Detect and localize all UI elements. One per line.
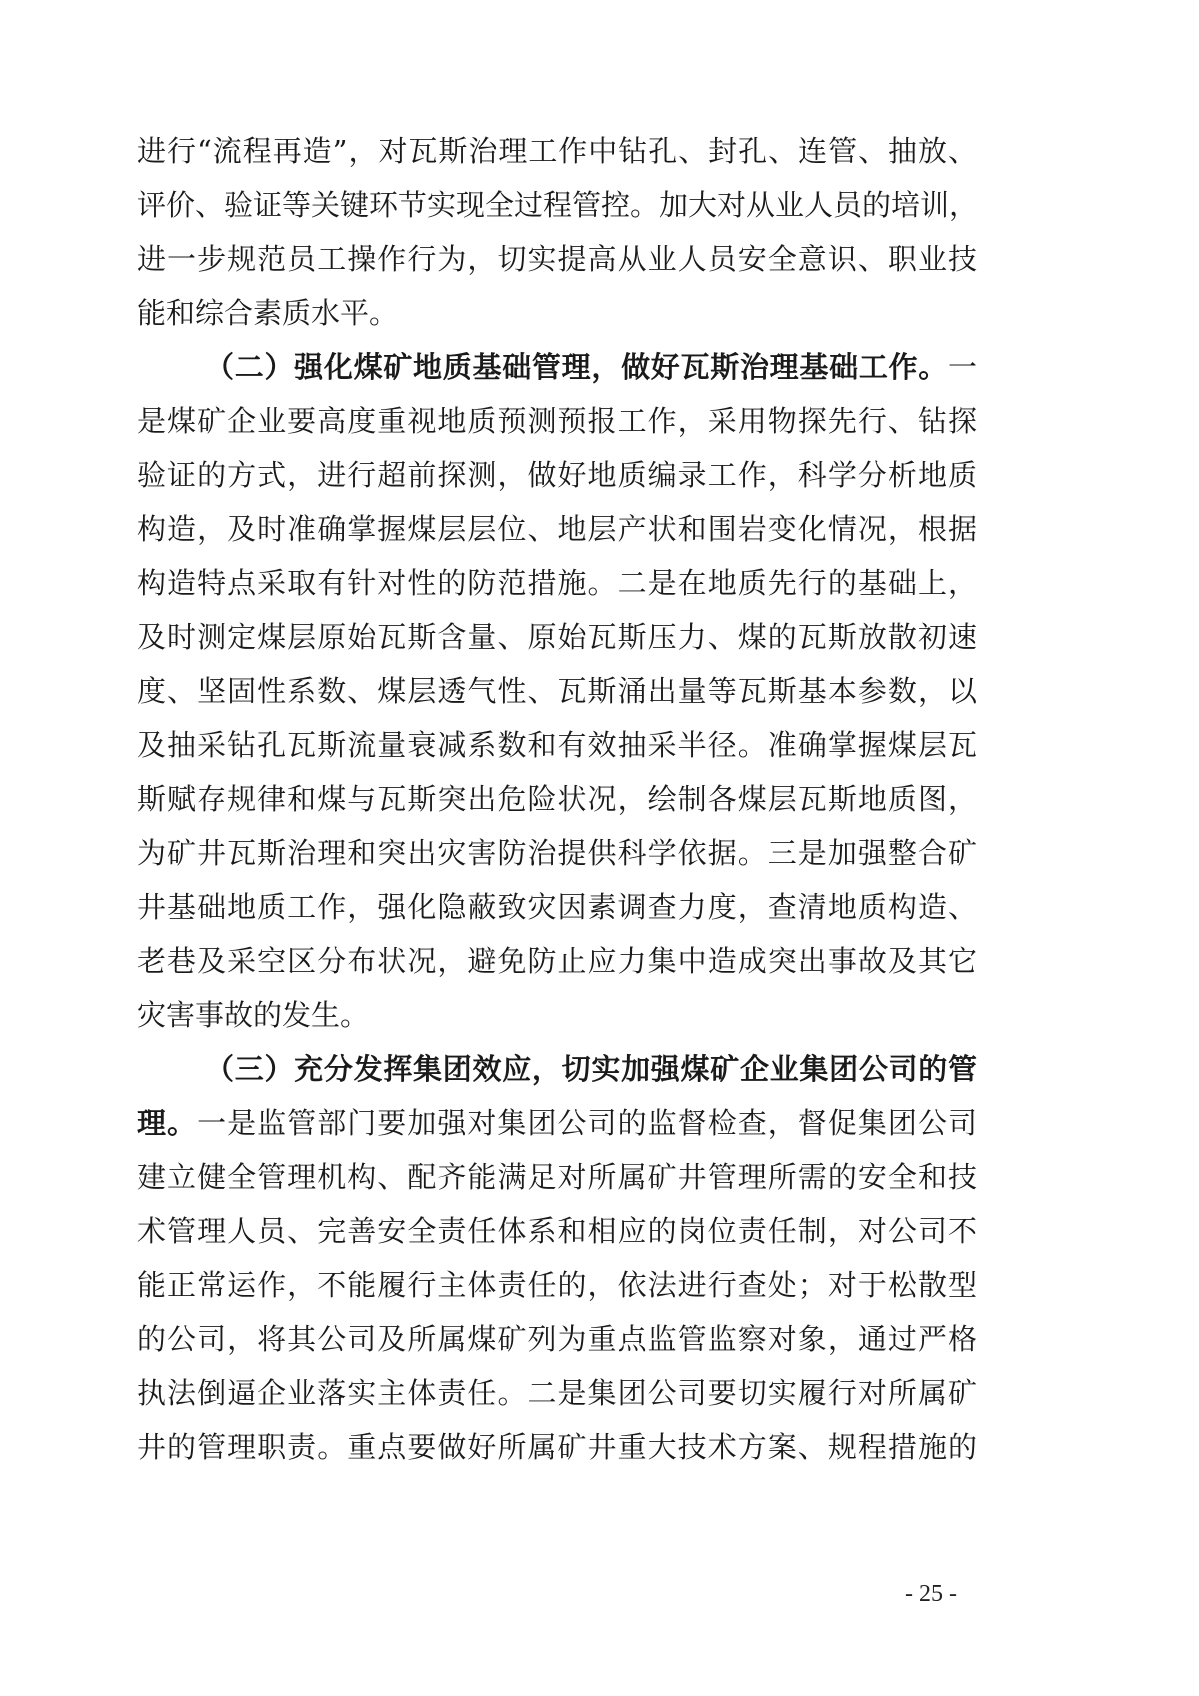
text-line: 评价、验证等关键环节实现全过程管控。加大对从业人员的培训，	[137, 178, 977, 232]
text-line: 术管理人员、完善安全责任体系和相应的岗位责任制，对公司不	[137, 1204, 977, 1258]
paragraph-training: 进行“流程再造”，对瓦斯治理工作中钻孔、封孔、连管、抽放、 评价、验证等关键环节…	[137, 124, 977, 340]
section-heading: 理。	[137, 1106, 197, 1140]
text-line: 能和综合素质水平。	[137, 286, 977, 340]
text-line: 及抽采钻孔瓦斯流量衰减系数和有效抽采半径。准确掌握煤层瓦	[137, 718, 977, 772]
document-page: 进行“流程再造”，对瓦斯治理工作中钻孔、封孔、连管、抽放、 评价、验证等关键环节…	[137, 124, 977, 1474]
text-line: 井基础地质工作，强化隐蔽致灾因素调查力度，查清地质构造、	[137, 880, 977, 934]
text-line: （三）充分发挥集团效应，切实加强煤矿企业集团公司的管	[137, 1042, 977, 1096]
text-line: 老巷及采空区分布状况，避免防止应力集中造成突出事故及其它	[137, 934, 977, 988]
paragraph-section-3: （三）充分发挥集团效应，切实加强煤矿企业集团公司的管 理。一是监管部门要加强对集…	[137, 1042, 977, 1474]
text-line: 构造特点采取有针对性的防范措施。二是在地质先行的基础上，	[137, 556, 977, 610]
text-line: 进行“流程再造”，对瓦斯治理工作中钻孔、封孔、连管、抽放、	[137, 124, 977, 178]
text-line: 井的管理职责。重点要做好所属矿井重大技术方案、规程措施的	[137, 1420, 977, 1474]
text-line: 理。一是监管部门要加强对集团公司的监督检查，督促集团公司	[137, 1096, 977, 1150]
text-line: 为矿井瓦斯治理和突出灾害防治提供科学依据。三是加强整合矿	[137, 826, 977, 880]
text-line: （二）强化煤矿地质基础管理，做好瓦斯治理基础工作。一	[137, 340, 977, 394]
text-line: 灾害事故的发生。	[137, 988, 977, 1042]
text-line: 构造，及时准确掌握煤层层位、地层产状和围岩变化情况，根据	[137, 502, 977, 556]
text-line: 及时测定煤层原始瓦斯含量、原始瓦斯压力、煤的瓦斯放散初速	[137, 610, 977, 664]
page-number: - 25 -	[905, 1581, 957, 1608]
text-line: 执法倒逼企业落实主体责任。二是集团公司要切实履行对所属矿	[137, 1366, 977, 1420]
section-heading: （三）充分发挥集团效应，切实加强煤矿企业集团公司的管	[205, 1052, 977, 1086]
section-heading: （二）强化煤矿地质基础管理，做好瓦斯治理基础工作。	[205, 350, 948, 384]
text-line: 验证的方式，进行超前探测，做好地质编录工作，科学分析地质	[137, 448, 977, 502]
text-line: 度、坚固性系数、煤层透气性、瓦斯涌出量等瓦斯基本参数，以	[137, 664, 977, 718]
text-run: 一是监管部门要加强对集团公司的监督检查，督促集团公司	[197, 1106, 977, 1140]
text-line: 的公司，将其公司及所属煤矿列为重点监管监察对象，通过严格	[137, 1312, 977, 1366]
text-line: 是煤矿企业要高度重视地质预测预报工作，采用物探先行、钻探	[137, 394, 977, 448]
paragraph-section-2: （二）强化煤矿地质基础管理，做好瓦斯治理基础工作。一 是煤矿企业要高度重视地质预…	[137, 340, 977, 1042]
text-line: 进一步规范员工操作行为，切实提高从业人员安全意识、职业技	[137, 232, 977, 286]
text-line: 能正常运作，不能履行主体责任的，依法进行查处；对于松散型	[137, 1258, 977, 1312]
text-line: 建立健全管理机构、配齐能满足对所属矿井管理所需的安全和技	[137, 1150, 977, 1204]
text-run: 一	[948, 350, 977, 384]
text-line: 斯赋存规律和煤与瓦斯突出危险状况，绘制各煤层瓦斯地质图，	[137, 772, 977, 826]
